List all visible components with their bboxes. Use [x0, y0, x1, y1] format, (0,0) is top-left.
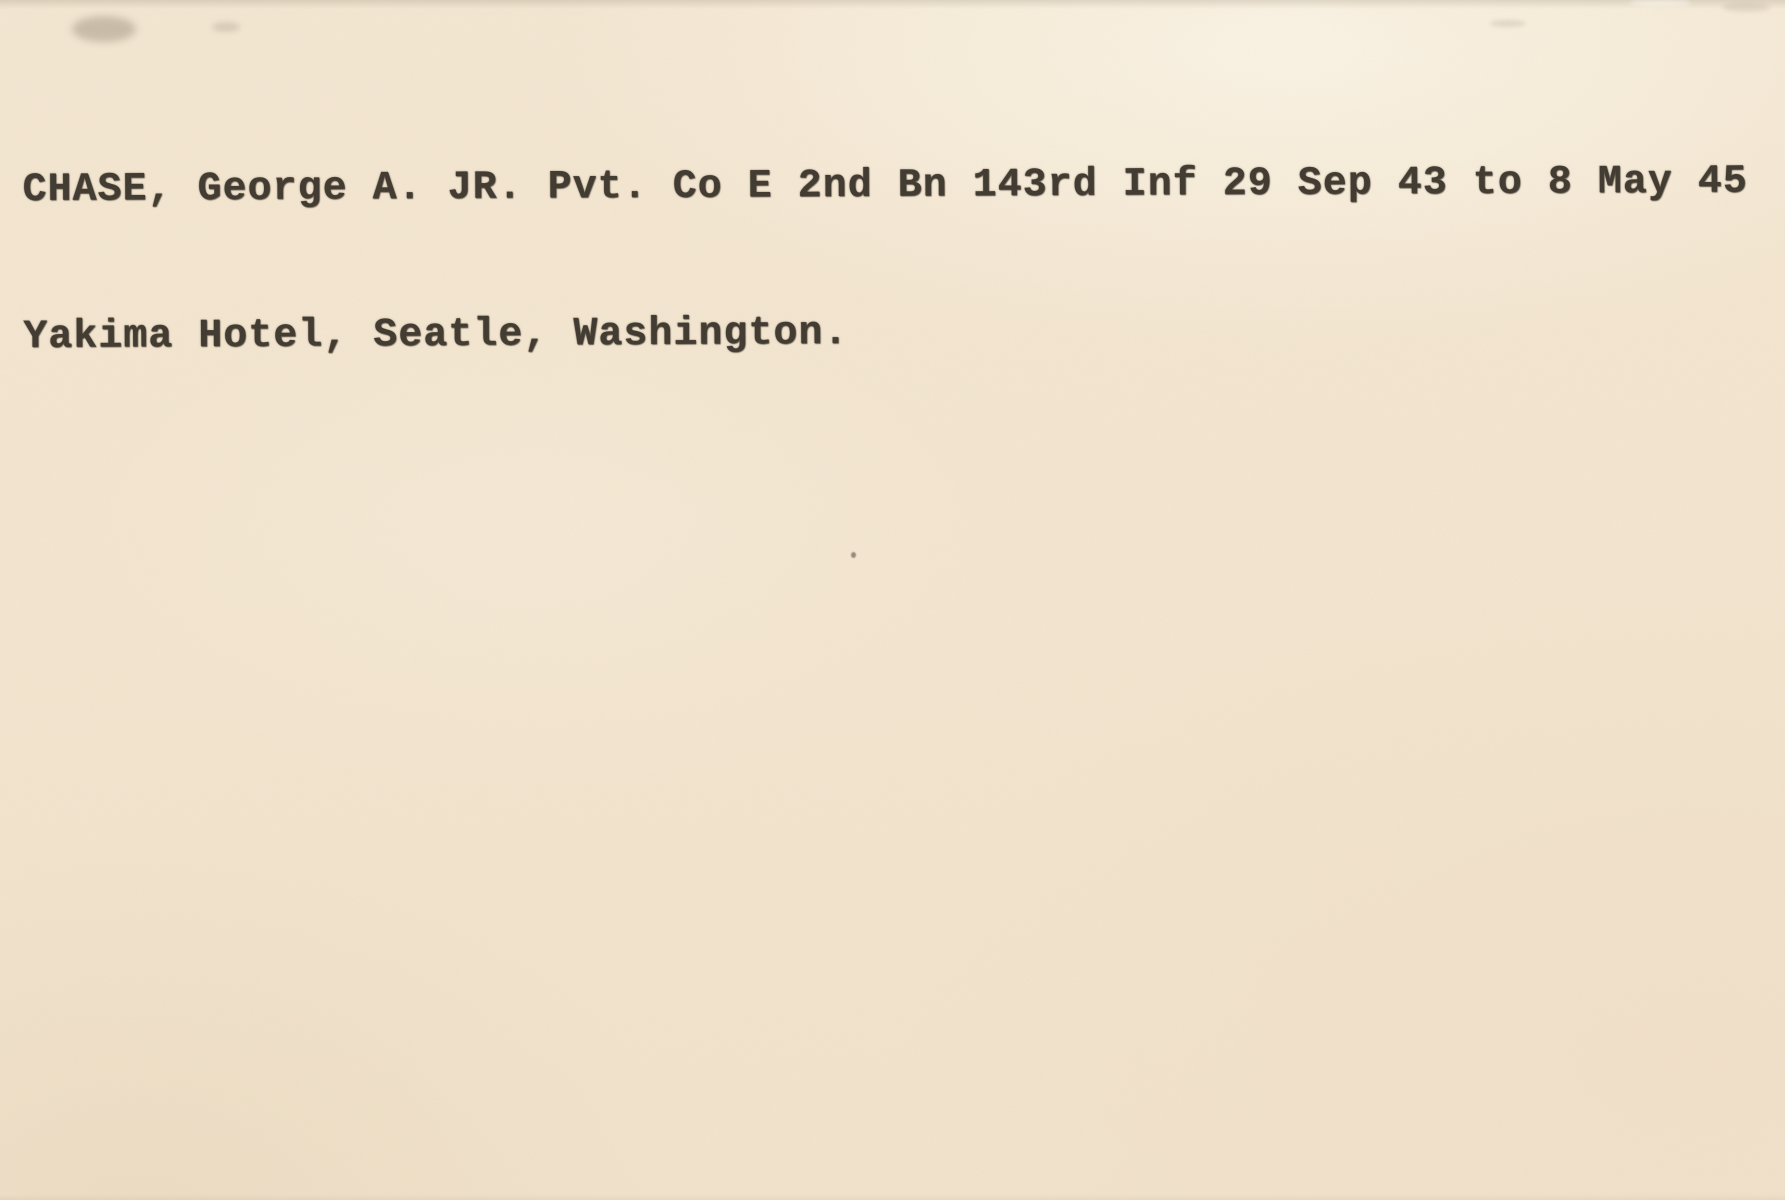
typed-text-block: CHASE, George A. JR. Pvt. Co E 2nd Bn 14… — [22, 60, 1749, 460]
pencil-mark — [1490, 20, 1526, 27]
ink-smudge — [212, 22, 240, 32]
scan-edge-shadow-top — [0, 0, 1785, 9]
index-card: CHASE, George A. JR. Pvt. Co E 2nd Bn 14… — [0, 0, 1785, 1200]
ink-smudge — [72, 16, 136, 42]
paper-speck — [851, 552, 856, 558]
typed-line-address: Yakima Hotel, Seatle, Washington. — [23, 305, 1749, 362]
typed-line-service-record: CHASE, George A. JR. Pvt. Co E 2nd Bn 14… — [22, 158, 1748, 215]
scan-edge-shadow-bottom — [0, 1194, 1785, 1200]
